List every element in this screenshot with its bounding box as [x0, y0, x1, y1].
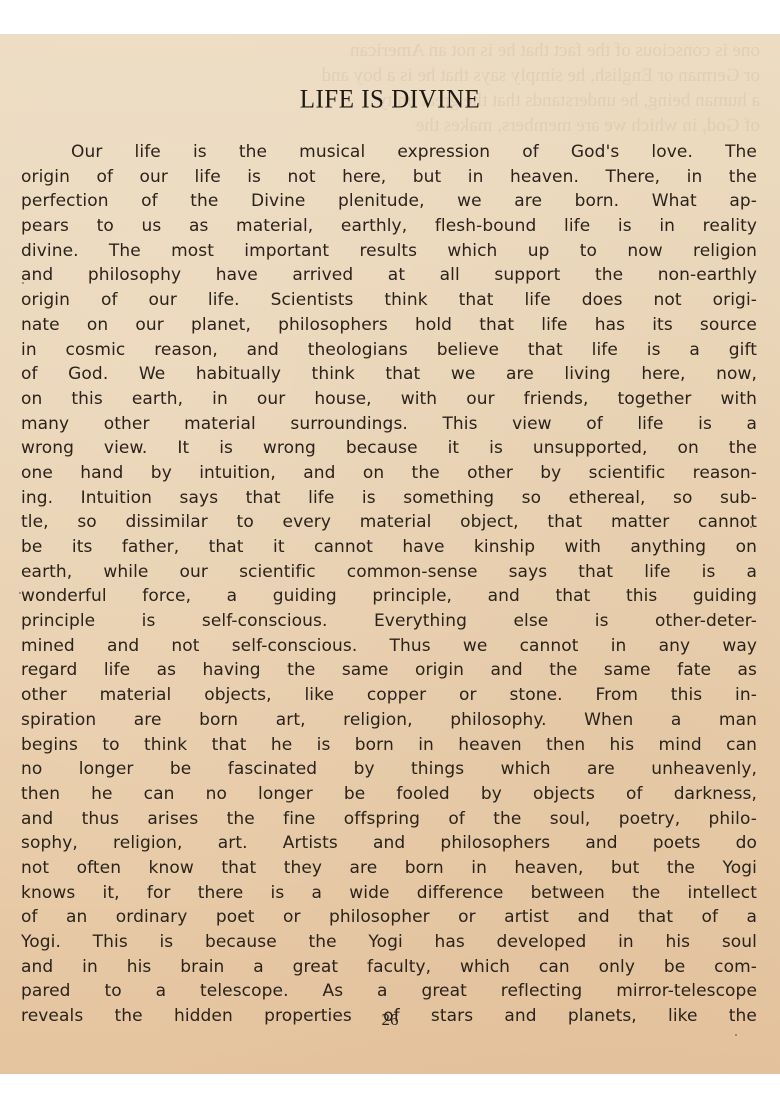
text-line: not often know that they are born in hea… [21, 856, 757, 881]
page-number: 26 [0, 1010, 780, 1030]
text-line: no longer be fascinated by things which … [21, 757, 757, 782]
book-page: one is conscious of the fact that he is … [0, 34, 780, 1074]
paper-speck [750, 526, 752, 528]
bleed-line: of God, in which we are members, makes t… [20, 113, 760, 138]
text-line: other material objects, like copper or s… [21, 683, 757, 708]
text-line: then he can no longer be fooled by objec… [21, 782, 757, 807]
text-line: begins to think that he is born in heave… [21, 733, 757, 758]
text-line: principle is self-conscious. Everything … [21, 609, 757, 634]
text-line: sophy, religion, art. Artists and philos… [21, 831, 757, 856]
body-paragraph: Our life is the musical expression of Go… [21, 140, 757, 1029]
text-line: on this earth, in our house, with our fr… [21, 387, 757, 412]
paper-speck [22, 282, 24, 284]
text-line: Our life is the musical expression of Go… [21, 140, 757, 165]
bleed-line: or German or English, he simply says tha… [20, 63, 760, 88]
text-line: regard life as having the same origin an… [21, 658, 757, 683]
chapter-title: LIFE IS DIVINE [0, 85, 780, 114]
text-line: earth, while our scientific common-sense… [21, 560, 757, 585]
text-line: divine. The most important results which… [21, 239, 757, 264]
text-line: origin of our life. Scientists think tha… [21, 288, 757, 313]
text-line: Yogi. This is because the Yogi has devel… [21, 930, 757, 955]
text-line: origin of our life is not here, but in h… [21, 165, 757, 190]
text-line: and philosophy have arrived at all suppo… [21, 263, 757, 288]
text-line: and thus arises the fine offspring of th… [21, 807, 757, 832]
text-line: of an ordinary poet or philosopher or ar… [21, 905, 757, 930]
paper-speck [19, 592, 21, 594]
text-line: and in his brain a great faculty, which … [21, 955, 757, 980]
text-line: be its father, that it cannot have kinsh… [21, 535, 757, 560]
text-line: mined and not self-conscious. Thus we ca… [21, 634, 757, 659]
text-line: wonderful force, a guiding principle, an… [21, 584, 757, 609]
paper-speck [735, 1034, 737, 1036]
text-line: spiration are born art, religion, philos… [21, 708, 757, 733]
text-line: one hand by intuition, and on the other … [21, 461, 757, 486]
text-line: knows it, for there is a wide difference… [21, 881, 757, 906]
bleed-line: one is conscious of the fact that he is … [20, 38, 760, 63]
text-line: many other material surroundings. This v… [21, 412, 757, 437]
text-line: perfection of the Divine plenitude, we a… [21, 189, 757, 214]
text-line: tle, so dissimilar to every material obj… [21, 510, 757, 535]
text-line: pared to a telescope. As a great reflect… [21, 979, 757, 1004]
text-line: nate on our planet, philosophers hold th… [21, 313, 757, 338]
text-line: pears to us as material, earthly, flesh-… [21, 214, 757, 239]
text-line: wrong view. It is wrong because it is un… [21, 436, 757, 461]
text-line: of God. We habitually think that we are … [21, 362, 757, 387]
text-line: ing. Intuition says that life is somethi… [21, 486, 757, 511]
text-line: in cosmic reason, and theologians believ… [21, 338, 757, 363]
